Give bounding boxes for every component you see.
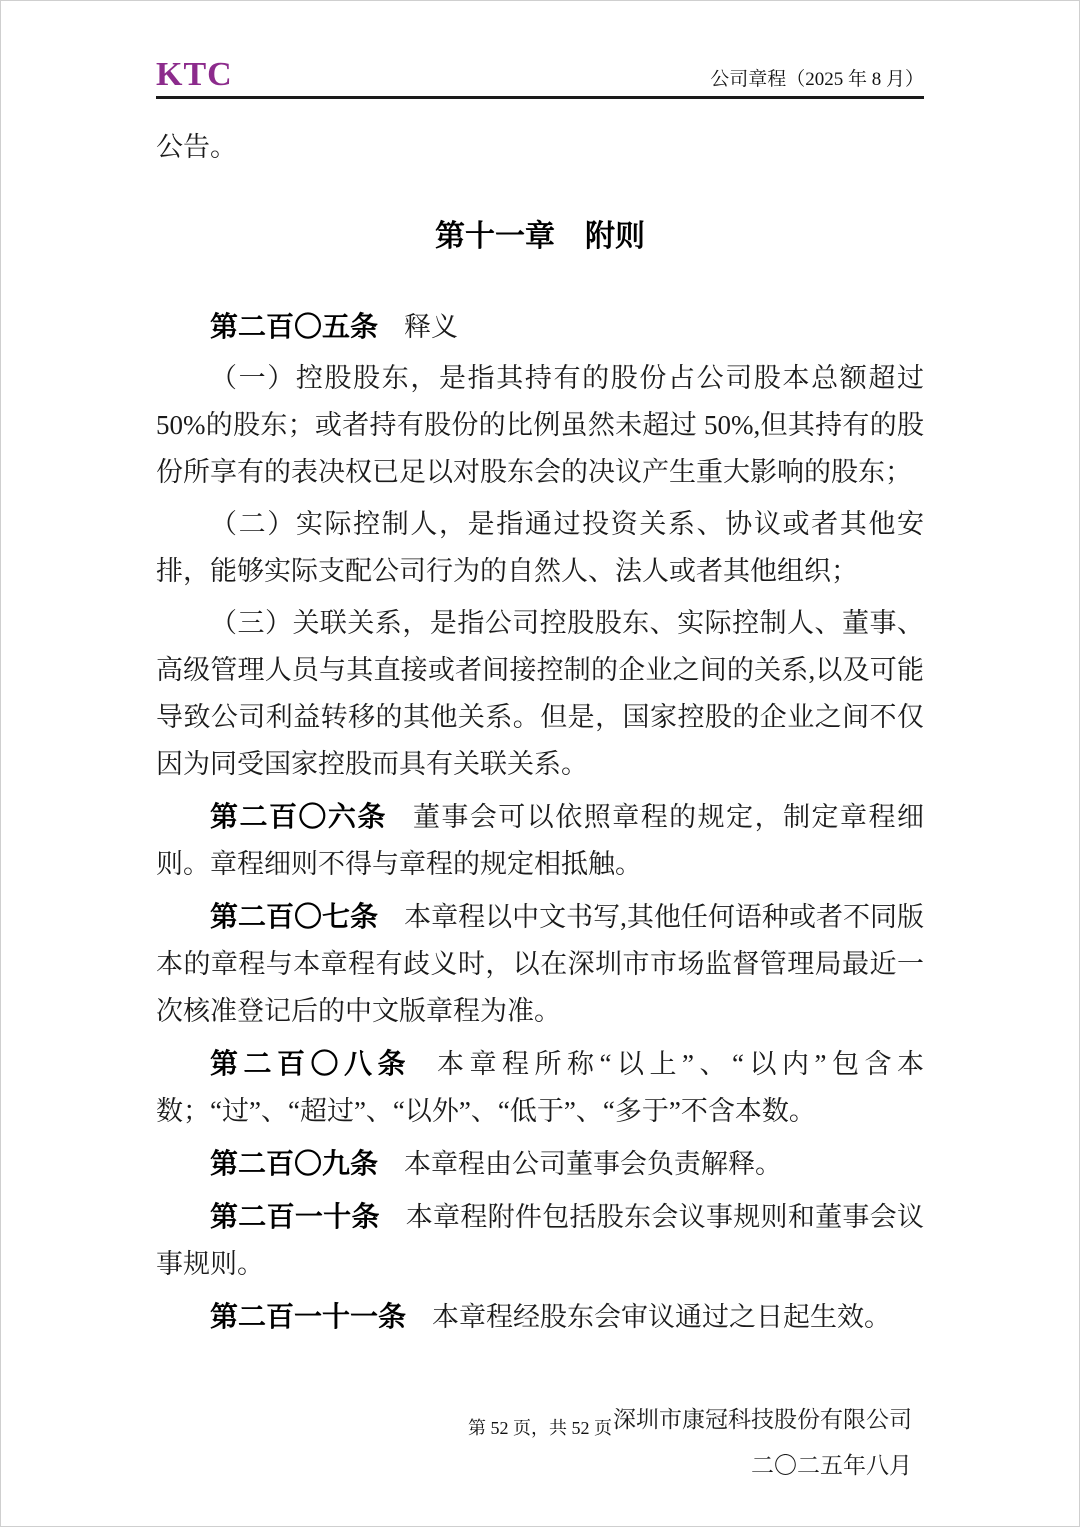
signature-block: 深圳市康冠科技股份有限公司 二〇二五年八月 [156, 1397, 924, 1489]
article-205-title: 释义 [404, 312, 458, 342]
article-206-number: 第二百〇六条 [210, 801, 413, 832]
article-209-text: 本章程由公司董事会负责解释。 [404, 1149, 782, 1179]
article-209-number: 第二百〇九条 [210, 1148, 404, 1179]
page-footer: 第 52 页，共 52 页 [1, 1414, 1079, 1442]
signature-date: 二〇二五年八月 [156, 1443, 912, 1489]
article-208-paragraph: 第二百〇八条本章程所称“以上”、“以内”包含本数；“过”、“超过”、“以外”、“… [156, 1040, 924, 1135]
paragraph-lead: 公告。 [156, 127, 924, 167]
page-header: KTC 公司章程（2025 年 8 月） [156, 1, 924, 99]
article-210-paragraph: 第二百一十条本章程附件包括股东会议事规则和董事会议事规则。 [156, 1193, 924, 1288]
article-211-text: 本章程经股东会审议通过之日起生效。 [432, 1302, 891, 1332]
clause-paragraph-1: （一）控股股东，是指其持有的股份占公司股本总额超过 50%的股东；或者持有股份的… [156, 355, 924, 496]
ktc-logo: KTC [156, 57, 233, 93]
clause-paragraph-3: （三）关联关系，是指公司控股股东、实际控制人、董事、高级管理人员与其直接或者间接… [156, 600, 924, 788]
article-211-number: 第二百一十一条 [210, 1301, 432, 1332]
article-210-number: 第二百一十条 [210, 1201, 406, 1232]
article-209-paragraph: 第二百〇九条本章程由公司董事会负责解释。 [156, 1140, 924, 1188]
chapter-title: 第十一章 附则 [156, 217, 924, 257]
header-doc-title: 公司章程（2025 年 8 月） [710, 67, 924, 93]
article-205-heading: 第二百〇五条释义 [156, 307, 924, 347]
document-body: 公告。 第十一章 附则 第二百〇五条释义 （一）控股股东，是指其持有的股份占公司… [156, 127, 924, 1341]
clause-paragraph-2: （二）实际控制人，是指通过投资关系、协议或者其他安排，能够实际支配公司行为的自然… [156, 501, 924, 595]
article-206-paragraph: 第二百〇六条董事会可以依照章程的规定，制定章程细则。章程细则不得与章程的规定相抵… [156, 793, 924, 888]
article-205-number: 第二百〇五条 [210, 311, 404, 342]
article-208-number: 第二百〇八条 [210, 1048, 437, 1079]
page-number: 第 52 页，共 52 页 [468, 1418, 612, 1438]
article-207-paragraph: 第二百〇七条本章程以中文书写,其他任何语种或者不同版本的章程与本章程有歧义时，以… [156, 893, 924, 1035]
article-211-paragraph: 第二百一十一条本章程经股东会审议通过之日起生效。 [156, 1293, 924, 1341]
document-page: KTC 公司章程（2025 年 8 月） 公告。 第十一章 附则 第二百〇五条释… [0, 0, 1080, 1527]
article-207-number: 第二百〇七条 [210, 901, 404, 932]
